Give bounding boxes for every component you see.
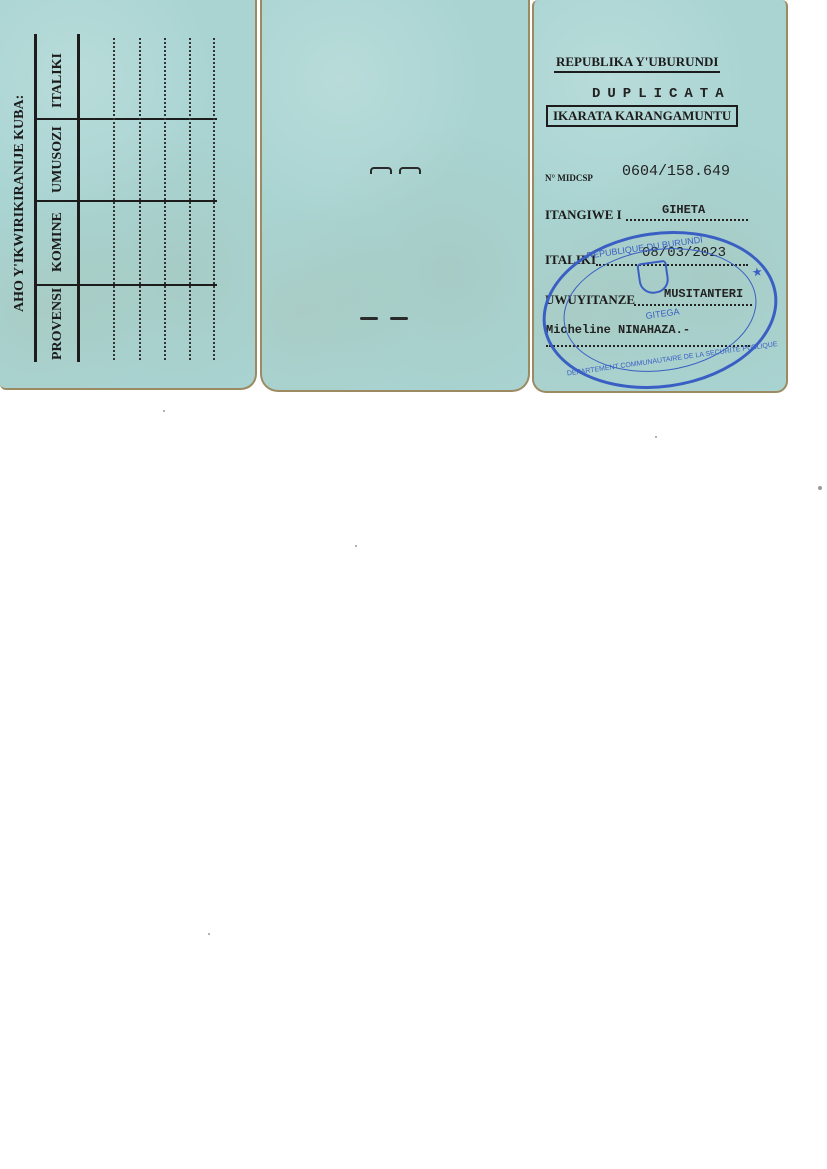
card-panel-left: AHO Y'IKWIRIKIRANIJE KUBA: PROVENSI KOMI… [0,0,257,390]
card-panel-middle [260,0,530,392]
column-header-umusozi: UMUSOZI [50,126,66,193]
column-header-provensi: PROVENSI [50,288,66,360]
issued-at-label: ITANGIWE I [545,207,622,223]
star-icon: ★ [751,264,764,280]
column-header-komine: KOMINE [50,212,66,272]
card-title: IKARATA KARANGAMUNTU [546,105,738,127]
entry-line-3 [164,38,166,360]
entry-line-5 [213,38,215,360]
staple-bottom-left [360,317,378,320]
table-border-left [34,34,37,362]
issued-at-value: GIHETA [662,203,705,217]
column-header-italiki: ITALIKI [50,53,66,108]
issued-at-line [626,219,748,221]
scan-speck [818,486,822,490]
number-label: N° MIDCSP [545,173,593,183]
entry-line-4 [189,38,191,360]
country-title: REPUBLIKA Y'UBURUNDI [554,54,720,73]
scan-speck [163,410,165,412]
table-header-divider [77,34,80,362]
staple-top-right [399,167,421,174]
staple-top-left [370,167,392,174]
entry-line-2 [139,38,141,360]
scan-speck [655,436,657,438]
scan-speck [355,545,357,547]
duplicate-label: DUPLICATA [592,86,731,102]
staple-bottom-right [390,317,408,320]
entry-line-1 [113,38,115,360]
residence-heading: AHO Y'IKWIRIKIRANIJE KUBA: [12,95,28,312]
scan-speck [208,933,210,935]
number-value: 0604/158.649 [622,163,730,180]
